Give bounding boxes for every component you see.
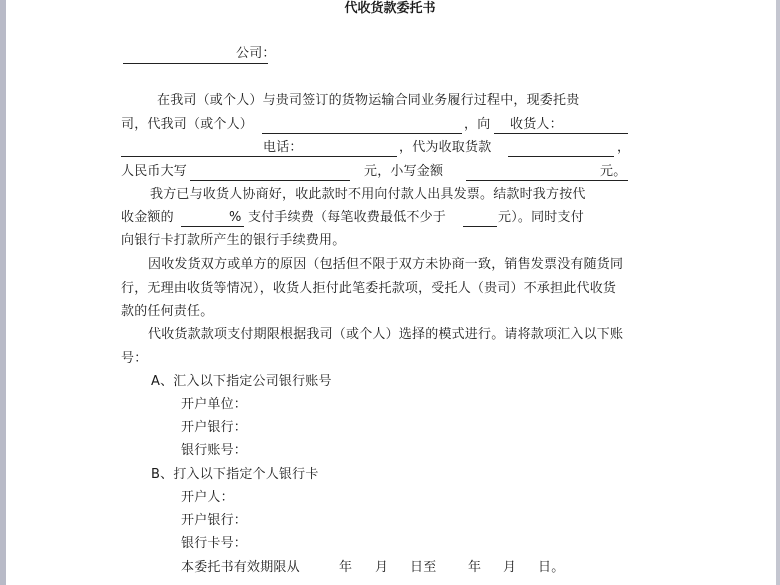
consignee-continued-blank[interactable] <box>121 156 297 157</box>
validity-end-year: 年 <box>468 560 481 576</box>
option-a-heading: A、汇入以下指定公司银行账号 <box>151 374 332 390</box>
para1-line4-a: 人民币大写 <box>121 164 187 180</box>
para3-line1: 因收发货双方或单方的原因（包括但不限于双方未协商一致，销售发票没有随货同 <box>148 257 623 273</box>
collect-amount-blank[interactable] <box>508 156 614 157</box>
para4-line1: 代收货款款项支付期限根据我司（或个人）选择的模式进行。请将款项汇入以下账 <box>148 327 623 343</box>
para3-line3: 款的任何责任。 <box>121 304 213 320</box>
option-b-heading: B、打入以下指定个人银行卡 <box>151 467 319 483</box>
para4-line2: 号： <box>121 351 147 367</box>
phone-blank[interactable] <box>297 156 397 157</box>
para1-line3-c: ， <box>617 140 630 156</box>
validity-start-month: 月 <box>375 560 388 576</box>
option-b-bank: 开户银行： <box>181 513 247 529</box>
para2-line1: 我方已与收货人协商好，收此款时不用向付款人出具发票。结款时我方按代 <box>150 187 586 203</box>
option-a-account-number: 银行账号： <box>181 443 247 459</box>
agent-name-blank[interactable] <box>262 133 462 134</box>
fee-percent-blank[interactable] <box>181 226 244 227</box>
validity-label: 本委托书有效期限从 <box>181 560 300 576</box>
validity-end-month: 月 <box>503 560 516 576</box>
para1-line4-c: 元。 <box>600 164 626 180</box>
option-b-card-number: 银行卡号： <box>181 536 247 552</box>
option-a-bank: 开户银行： <box>181 420 247 436</box>
para3-line2: 行，无理由收货等情况），收货人拒付此笔委托款项，受托人（贵司）不承担此代收货 <box>121 281 616 297</box>
para2-line2-c: 支付手续费（每笔收费最低不少于 <box>248 210 446 226</box>
amount-in-figures-blank[interactable] <box>466 180 628 181</box>
phone-label: 电话： <box>263 140 303 156</box>
para2-line2-d: 元）。同时支付 <box>498 210 584 226</box>
para1-line2-a: 司，代我司（或个人） <box>121 117 253 133</box>
consignee-blank[interactable] <box>494 133 628 134</box>
validity-end-day: 日。 <box>538 560 564 576</box>
amount-in-words-blank[interactable] <box>190 180 350 181</box>
para1-line1: 在我司（或个人）与贵司签订的货物运输合同业务履行过程中，现委托贵 <box>157 93 579 109</box>
para1-line3-b: ，代为收取货款 <box>399 140 491 156</box>
min-fee-blank[interactable] <box>463 226 497 227</box>
percent-sign: % <box>229 210 242 226</box>
option-b-account-holder: 开户人： <box>181 490 234 506</box>
para2-line3: 向银行卡打款所产生的银行手续费用。 <box>121 233 345 249</box>
window-right-edge <box>776 0 780 585</box>
validity-start-year: 年 <box>339 560 352 576</box>
para1-line4-b: 元，小写金额 <box>364 164 443 180</box>
consignee-label: 收货人： <box>510 117 563 133</box>
validity-start-day-to: 日至 <box>410 560 436 576</box>
document-title: 代收货款委托书 <box>0 1 780 17</box>
para2-line2-a: 收金额的 <box>121 210 174 226</box>
para1-line2-b: ，向 <box>464 117 490 133</box>
company-name-blank[interactable] <box>123 63 268 64</box>
addressee-label: 公司： <box>236 46 276 62</box>
option-a-account-holder: 开户单位： <box>181 397 247 413</box>
